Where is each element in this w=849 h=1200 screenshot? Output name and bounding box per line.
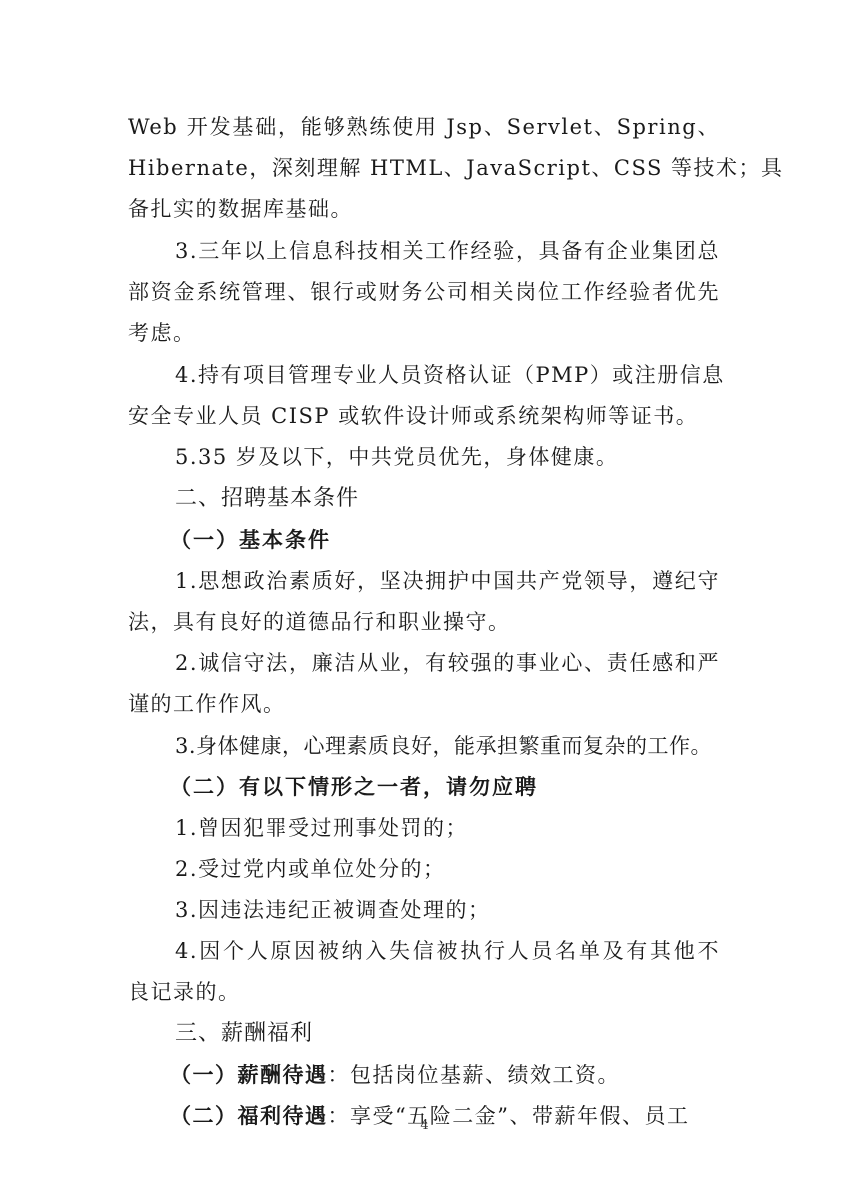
section-heading-3: 三、薪酬福利 xyxy=(175,1019,767,1049)
condition-1-line: 1.思想政治素质好，坚决拥护中国共产党领导，遵纪守 xyxy=(175,566,720,596)
salary-line: （一）薪酬待遇：包括岗位基薪、绩效工资。 xyxy=(170,1060,762,1090)
salary-text: ：包括岗位基薪、绩效工资。 xyxy=(328,1063,621,1087)
requirement-3-line: 3.三年以上信息科技相关工作经验，具备有企业集团总 xyxy=(175,236,720,266)
disqualification-2: 2.受过党内或单位处分的； xyxy=(175,854,767,884)
requirement-5-line: 5.35 岁及以下，中共党员优先，身体健康。 xyxy=(175,442,767,472)
disqualification-3: 3.因违法违纪正被调查处理的； xyxy=(175,895,767,925)
requirement-3-line: 考虑。 xyxy=(128,318,720,348)
paragraph-line: 备扎实的数据库基础。 xyxy=(128,194,720,224)
page-number: 4 xyxy=(0,1118,849,1133)
condition-2-line: 谨的工作作风。 xyxy=(128,689,720,719)
disqualification-4-line: 4.因个人原因被纳入失信被执行人员名单及有其他不 xyxy=(175,936,720,966)
requirement-4-line: 4.持有项目管理专业人员资格认证（PMP）或注册信息 xyxy=(175,360,720,390)
salary-label: （一）薪酬待遇 xyxy=(170,1062,328,1087)
condition-1-line: 法，具有良好的道德品行和职业操守。 xyxy=(128,607,720,637)
subsection-heading-basic-conditions: （一）基本条件 xyxy=(170,525,762,555)
requirement-4-line: 安全专业人员 CISP 或软件设计师或系统架构师等证书。 xyxy=(128,401,720,431)
condition-2-line: 2.诚信守法，廉洁从业，有较强的事业心、责任感和严 xyxy=(175,648,720,678)
subsection-heading-disqualifications: （二）有以下情形之一者，请勿应聘 xyxy=(170,772,762,802)
condition-3-line: 3.身体健康，心理素质良好，能承担繁重而复杂的工作。 xyxy=(175,731,767,761)
paragraph-line: Web 开发基础，能够熟练使用 Jsp、Servlet、Spring、 xyxy=(128,112,720,142)
requirement-3-line: 部资金系统管理、银行或财务公司相关岗位工作经验者优先 xyxy=(128,277,720,307)
section-heading-2: 二、招聘基本条件 xyxy=(175,484,767,514)
document-page: Web 开发基础，能够熟练使用 Jsp、Servlet、Spring、 Hibe… xyxy=(0,0,849,1200)
disqualification-1: 1.曾因犯罪受过刑事处罚的； xyxy=(175,813,767,843)
paragraph-line: Hibernate，深刻理解 HTML、JavaScript、CSS 等技术；具 xyxy=(128,153,720,183)
disqualification-4-line: 良记录的。 xyxy=(128,977,720,1007)
